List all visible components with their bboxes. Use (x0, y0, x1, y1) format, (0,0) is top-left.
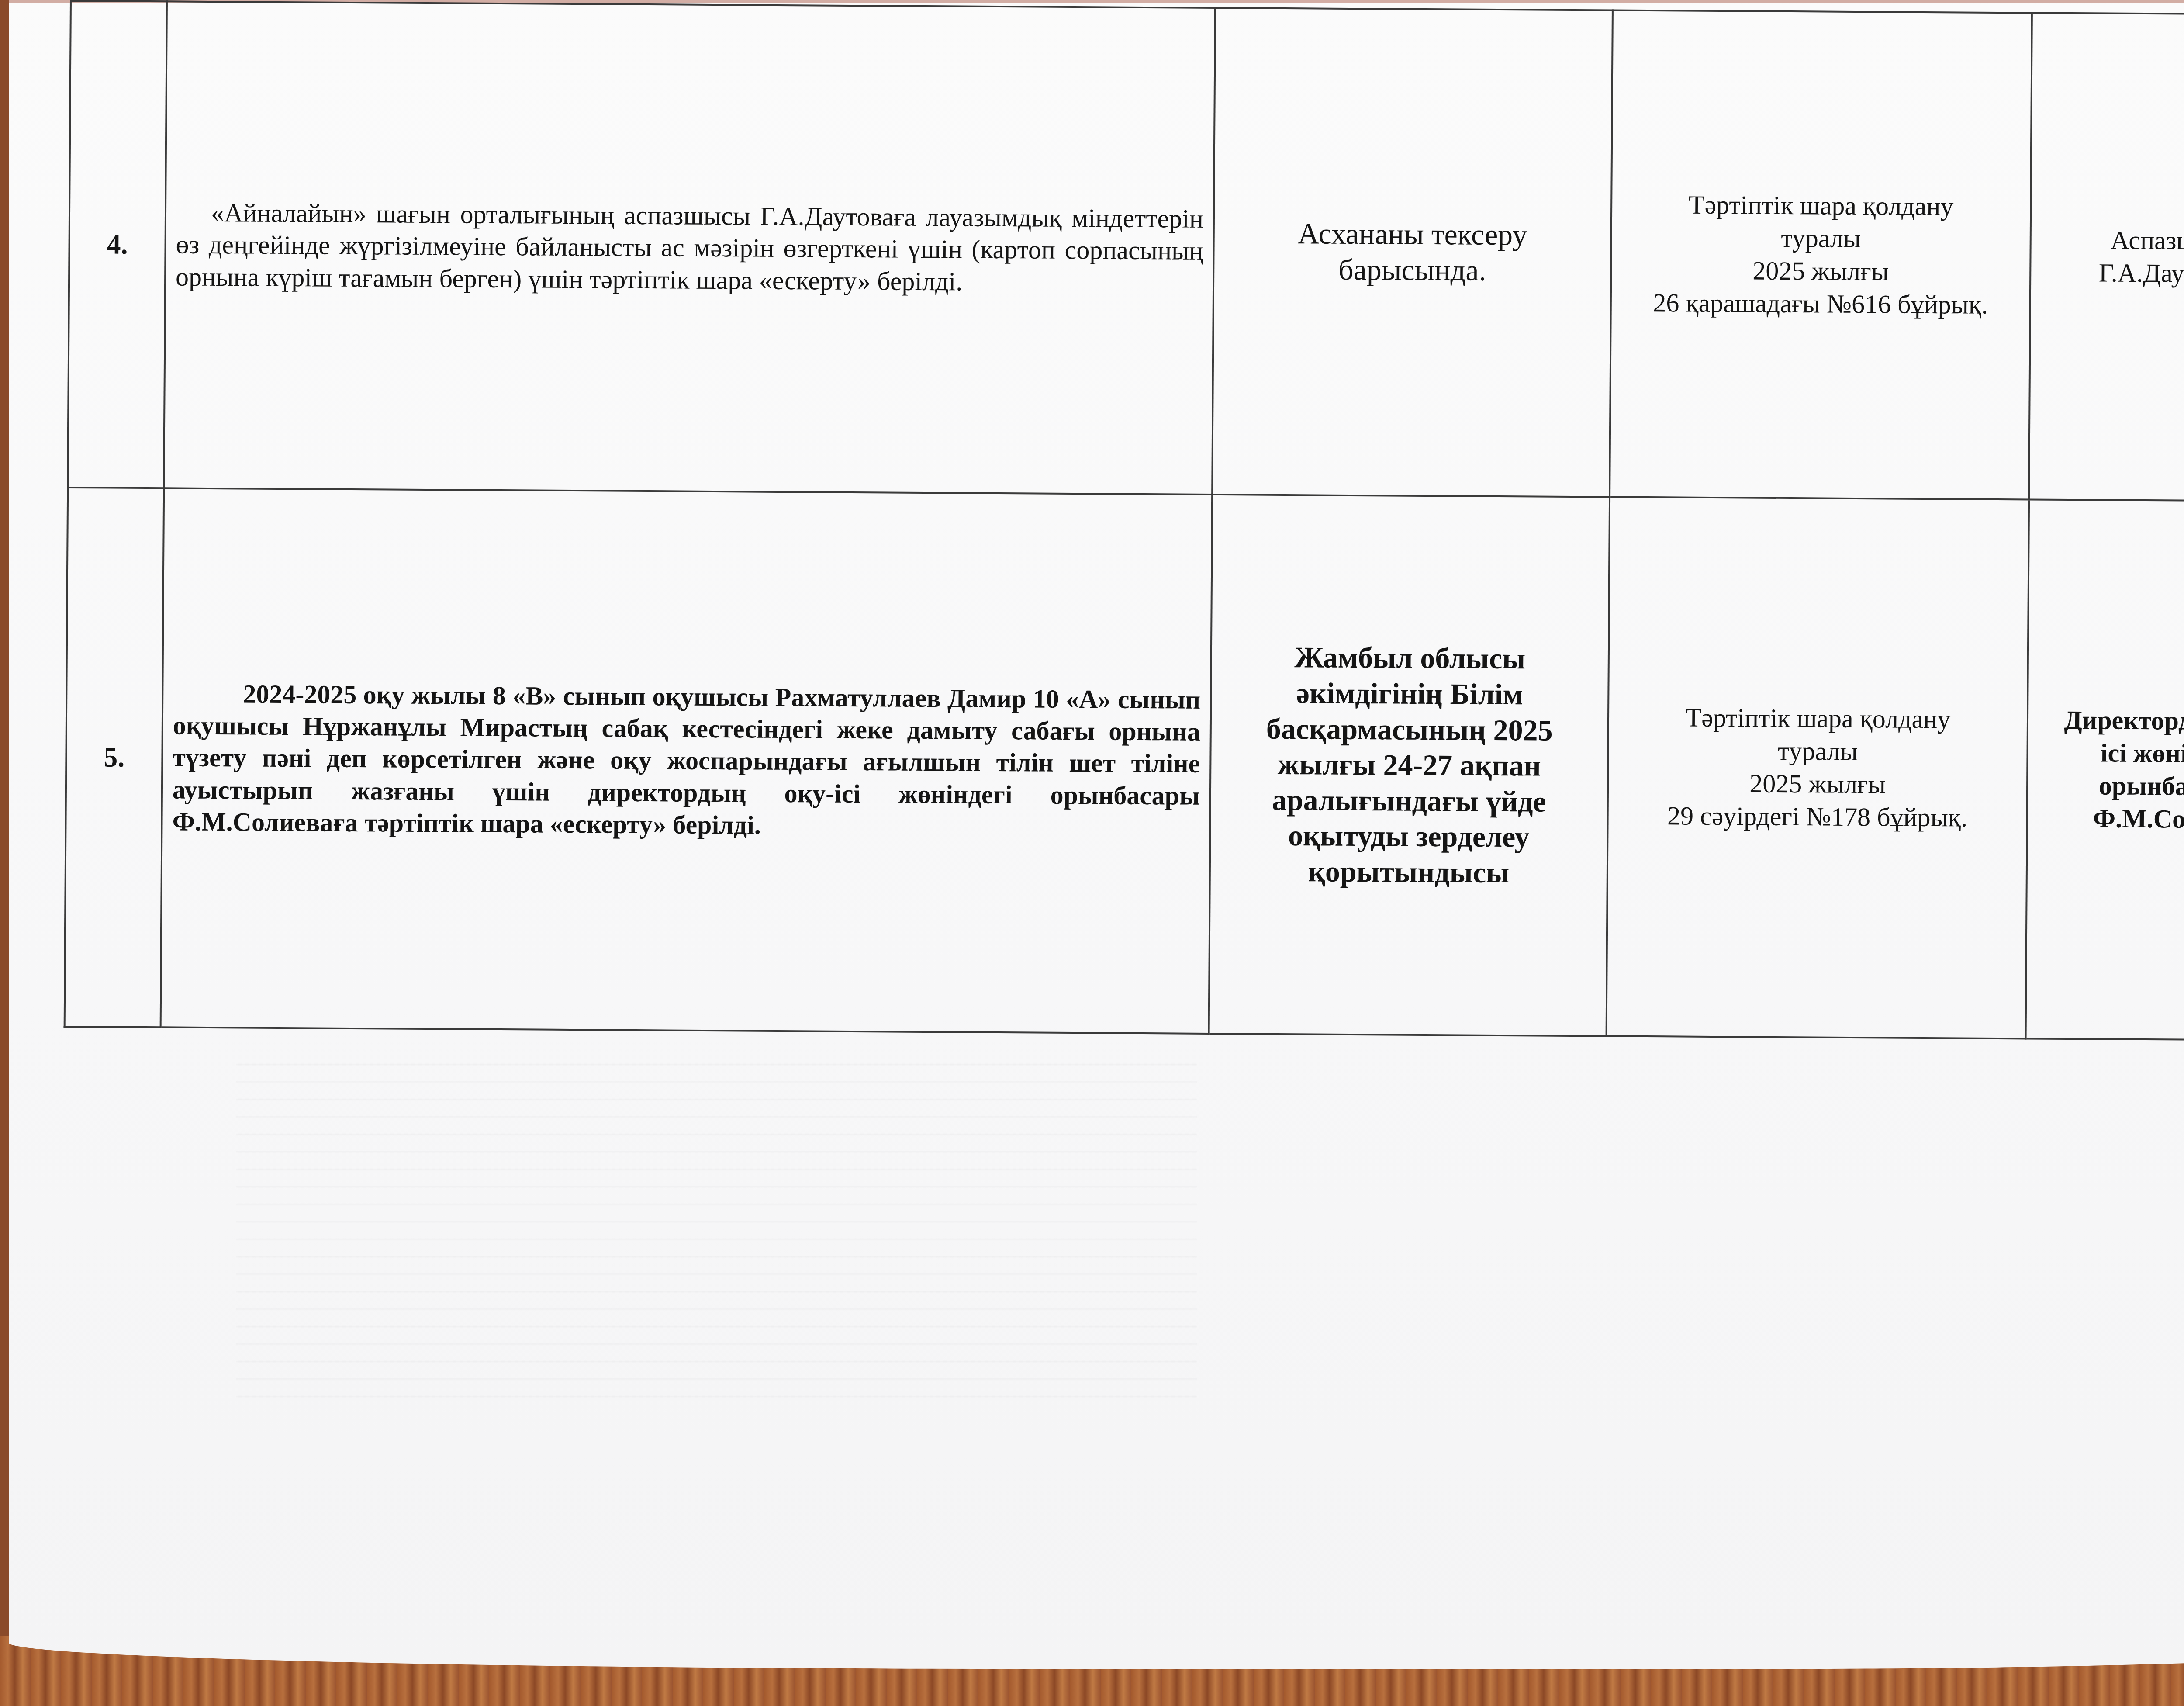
table-row: 4. «Айналайын» шағын орталығының аспазшы… (68, 1, 2184, 502)
paper-sheet: 4. «Айналайын» шағын орталығының аспазшы… (9, 0, 2184, 1669)
person-line: орынбасары (2038, 769, 2184, 804)
order-line: 26 қарашадағы №616 бұйрық. (1621, 287, 2020, 322)
person-line: Директордың оқу- (2038, 704, 2184, 738)
order-reference: Тәртіптік шара қолдану туралы 2025 жылғы… (1607, 497, 2029, 1039)
order-line: 2025 жылғы (1618, 767, 2017, 802)
disciplinary-measures-table: 4. «Айналайын» шағын орталығының аспазшы… (64, 0, 2184, 1042)
order-reference: Тәртіптік шара қолдану туралы 2025 жылғы… (1610, 10, 2032, 500)
order-line: 2025 жылғы (1621, 254, 2020, 289)
violation-description: «Айналайын» шағын орталығының аспазшысы … (164, 1, 1215, 495)
reverse-side-bleed-through (236, 1049, 1197, 1398)
person-line: ісі жөніндегі (2038, 737, 2184, 771)
inspection-basis: Жамбыл облысы әкімдігінің Білім басқарма… (1209, 495, 1610, 1036)
table-row: 5. 2024-2025 оқу жылы 8 «В» сынып оқушыс… (65, 488, 2184, 1042)
order-line: туралы (1618, 734, 2017, 769)
row-number: 5. (65, 488, 164, 1027)
person-line: Аспазшысы (2041, 224, 2184, 258)
order-line: Тәртіптік шара қолдану (1622, 188, 2020, 224)
order-line: туралы (1622, 221, 2020, 256)
person-line: Г.А.Даутоваға (2041, 256, 2184, 291)
responsible-person: Аспазшысы Г.А.Даутоваға (2029, 13, 2184, 501)
responsible-person: Директордың оқу- ісі жөніндегі орынбасар… (2026, 499, 2184, 1040)
violation-description: 2024-2025 оқу жылы 8 «В» сынып оқушысы Р… (161, 488, 1212, 1034)
row-number: 4. (68, 1, 167, 488)
order-line: Тәртіптік шара қолдану (1619, 701, 2017, 737)
order-line: 29 сәуірдегі №178 бұйрық. (1618, 799, 2016, 835)
inspection-basis: Асхананы тексеру барысында. (1212, 8, 1613, 497)
person-line: Ф.М.Солиева (2037, 802, 2184, 837)
